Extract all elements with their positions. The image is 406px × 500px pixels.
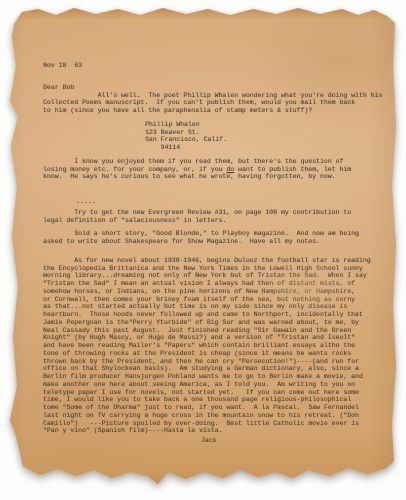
paragraph-publish-question: I know you enjoyed them if you read them… [43,158,376,181]
paper-stain-speck [8,434,13,438]
page-background: Nov 18 63 Dear Bob All's well. The poet … [0,0,406,500]
paragraph-new-novel: As for new novel about 1938-1946, begins… [43,257,376,435]
signature: Jack [43,437,376,445]
paragraph-evergreen-review: Try to get the new Evergreen Review #31,… [43,209,376,225]
letter-date: Nov 18 63 [43,62,376,70]
letter-paper: Nov 18 63 Dear Bob All's well. The poet … [8,6,396,488]
letter-paper-wrapper: Nov 18 63 Dear Bob All's well. The poet … [8,6,396,488]
section-divider-dashes: ----- [43,199,376,207]
paragraph-whalen-manuscript: Dear Bob All's well. The poet Phillip Wh… [43,84,376,115]
whalen-address-block: Phillip Whalen 123 Beaver St. San Franci… [43,121,376,152]
paragraph-playboy-show: Sold a short story, "Good Blonde," to Pl… [43,230,376,246]
underlined-word-do: do [226,166,234,173]
